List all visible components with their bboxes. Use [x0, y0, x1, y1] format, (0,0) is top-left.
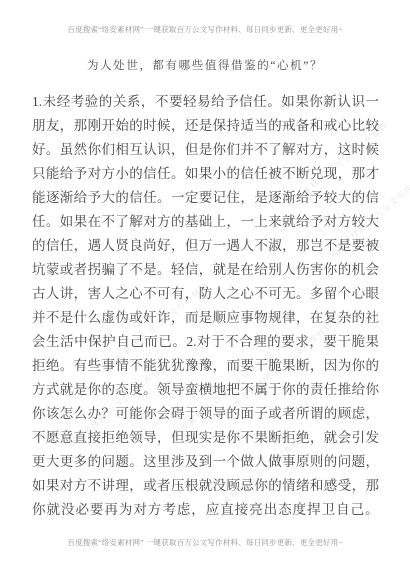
body-line: 古人讲，害人之心不可有，防人之心不可无。多留个心眼: [32, 282, 379, 306]
body-line: 更大更多的问题。这里涉及到一个做人做事原则的问题，: [32, 450, 379, 474]
body-line: 你该怎么办？可能你会碍于领导的面子或者所谓的顾虑，: [32, 402, 379, 426]
body-line: 只能给予对方小的信任。如果小的信任被不断兑现，那才: [32, 162, 379, 186]
body-line: 任。如果在不了解对方的基础上，一上来就给予对方较大: [32, 210, 379, 234]
header-promo-note: 百度搜索“络安素材网” 一键获取百万公文写作材料、每日同步更新、更全更好用~: [0, 24, 410, 35]
body-line: 坑蒙或者拐骗了不是。轻信，就是在给别人伤害你的机会: [32, 258, 379, 282]
footer-promo-note: 百度搜索“络安素材网” 一键获取百万公文写作材料、每日同步更新、更全更好用~: [0, 537, 410, 548]
body-line: 会生活中保护自己而已。2.对于不合理的要求，要干脆果断: [32, 330, 379, 354]
body-text: 1.未经考验的关系，不要轻易给予信任。如果你新认识一个朋友，那刚开始的时候，还是…: [32, 90, 379, 522]
body-line: 好。虽然你们相互认识，但是你们并不了解对方，这时候: [32, 138, 379, 162]
body-line: 的信任，遇人贤良尚好，但万一遇人不淑，那岂不是要被: [32, 234, 379, 258]
body-line: 能逐渐给予大的信任。一定要记住，是逐渐给予较大的信: [32, 186, 379, 210]
document-page: 百度搜索“络安素材网” 一键获取百万公文写作材料、每日同步更新、更全更好用~ 为…: [0, 0, 410, 580]
body-line: 你就没必要再为对方考虑，应直接亮出态度捍卫自己。杜: [32, 498, 379, 522]
body-line: 如果对方不讲理，或者压根就没顾忌你的情绪和感受，那: [32, 474, 379, 498]
body-line: 朋友，那刚开始的时候，还是保持适当的戒备和戒心比较: [32, 114, 379, 138]
body-line: 方式就是你的态度。领导蛮横地把不属于你的责任推给你: [32, 378, 379, 402]
body-line: 不愿意直接拒绝领导，但现实是你不果断拒绝，就会引发: [32, 426, 379, 450]
page-title: 为人处世，都有哪些值得借鉴的“心机”？: [0, 57, 410, 73]
body-line: 拒绝。有些事情不能犹犹豫豫，而要干脆果断，因为你的: [32, 354, 379, 378]
body-line: 并不是什么虚伪或奸诈，而是顺应事物规律，在复杂的社: [32, 306, 379, 330]
body-line: 1.未经考验的关系，不要轻易给予信任。如果你新认识一个: [32, 90, 379, 114]
